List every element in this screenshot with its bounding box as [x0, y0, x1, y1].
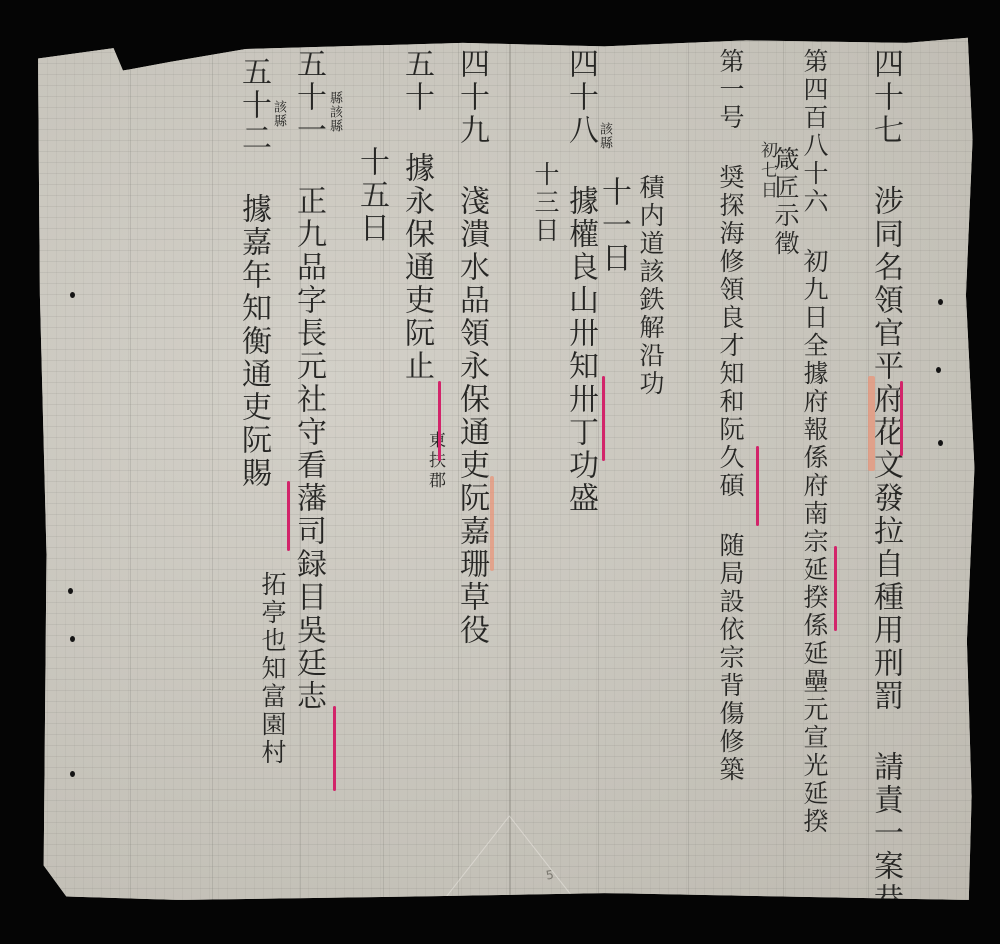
grid-rule — [212, 36, 213, 900]
text-column-51: 五十一 正九品字長元社守看藩司録目吳廷志 — [293, 48, 323, 713]
text-column-annotation: 縣該縣 — [328, 91, 341, 133]
red-ink-mark — [868, 376, 875, 471]
red-ink-mark — [490, 476, 494, 571]
text-column-48: 四十八 據權良山卅知卅丁功盛 — [565, 48, 595, 515]
text-column-annotation: 該縣 — [598, 122, 611, 150]
binding-hole — [68, 588, 73, 594]
text-column-486: 第四百八十六 初九日全據府報係府南宗延揆係延壘元宣光延揆 — [802, 48, 827, 878]
binding-hole — [936, 367, 941, 373]
binding-hole — [70, 771, 75, 777]
text-column-49: 四十九 淺潰水品領永保通吏阮嘉珊草役 — [456, 48, 486, 647]
binding-hole — [938, 299, 943, 305]
grid-rule — [598, 36, 599, 900]
red-ink-mark — [438, 381, 441, 461]
text-column-continuation: 積内道該鉄解沿功 — [638, 174, 663, 398]
text-column-date-15: 十五日 — [356, 146, 386, 245]
red-ink-mark — [900, 381, 903, 456]
page-number: 5 — [545, 867, 555, 882]
text-column-50: 五十 據永保通吏阮止 — [401, 48, 431, 383]
binding-hole — [938, 440, 943, 446]
grid-rule — [688, 36, 689, 900]
text-column-annotation: 該縣 — [272, 100, 285, 128]
text-column-date-13: 十三日 — [533, 161, 558, 245]
center-fold-crease — [509, 36, 511, 900]
binding-hole — [70, 636, 75, 642]
binding-hole — [70, 292, 75, 298]
manuscript-leaf: 四十七 涉同名領官平府花文發拉自種用刑罰 請責一案巷の 第四百八十六 初九日全據… — [38, 36, 982, 900]
text-column-date-11: 十一日 — [598, 176, 628, 275]
red-ink-mark — [287, 481, 290, 551]
red-ink-mark — [756, 446, 759, 526]
grid-rule — [130, 36, 131, 900]
text-column-item-1: 第一号 奨探海修領良才知和阮久碩 随局設依宗背傷修築 — [718, 48, 743, 898]
text-column-location: 拓亭也知富園村 — [260, 571, 285, 767]
red-ink-mark — [834, 546, 837, 631]
text-column-date: 初七日 — [758, 141, 775, 201]
red-ink-mark — [602, 376, 605, 461]
red-ink-mark — [333, 706, 336, 791]
text-column-52: 五十二 據嘉年知衡通吏阮賜 — [238, 56, 268, 490]
